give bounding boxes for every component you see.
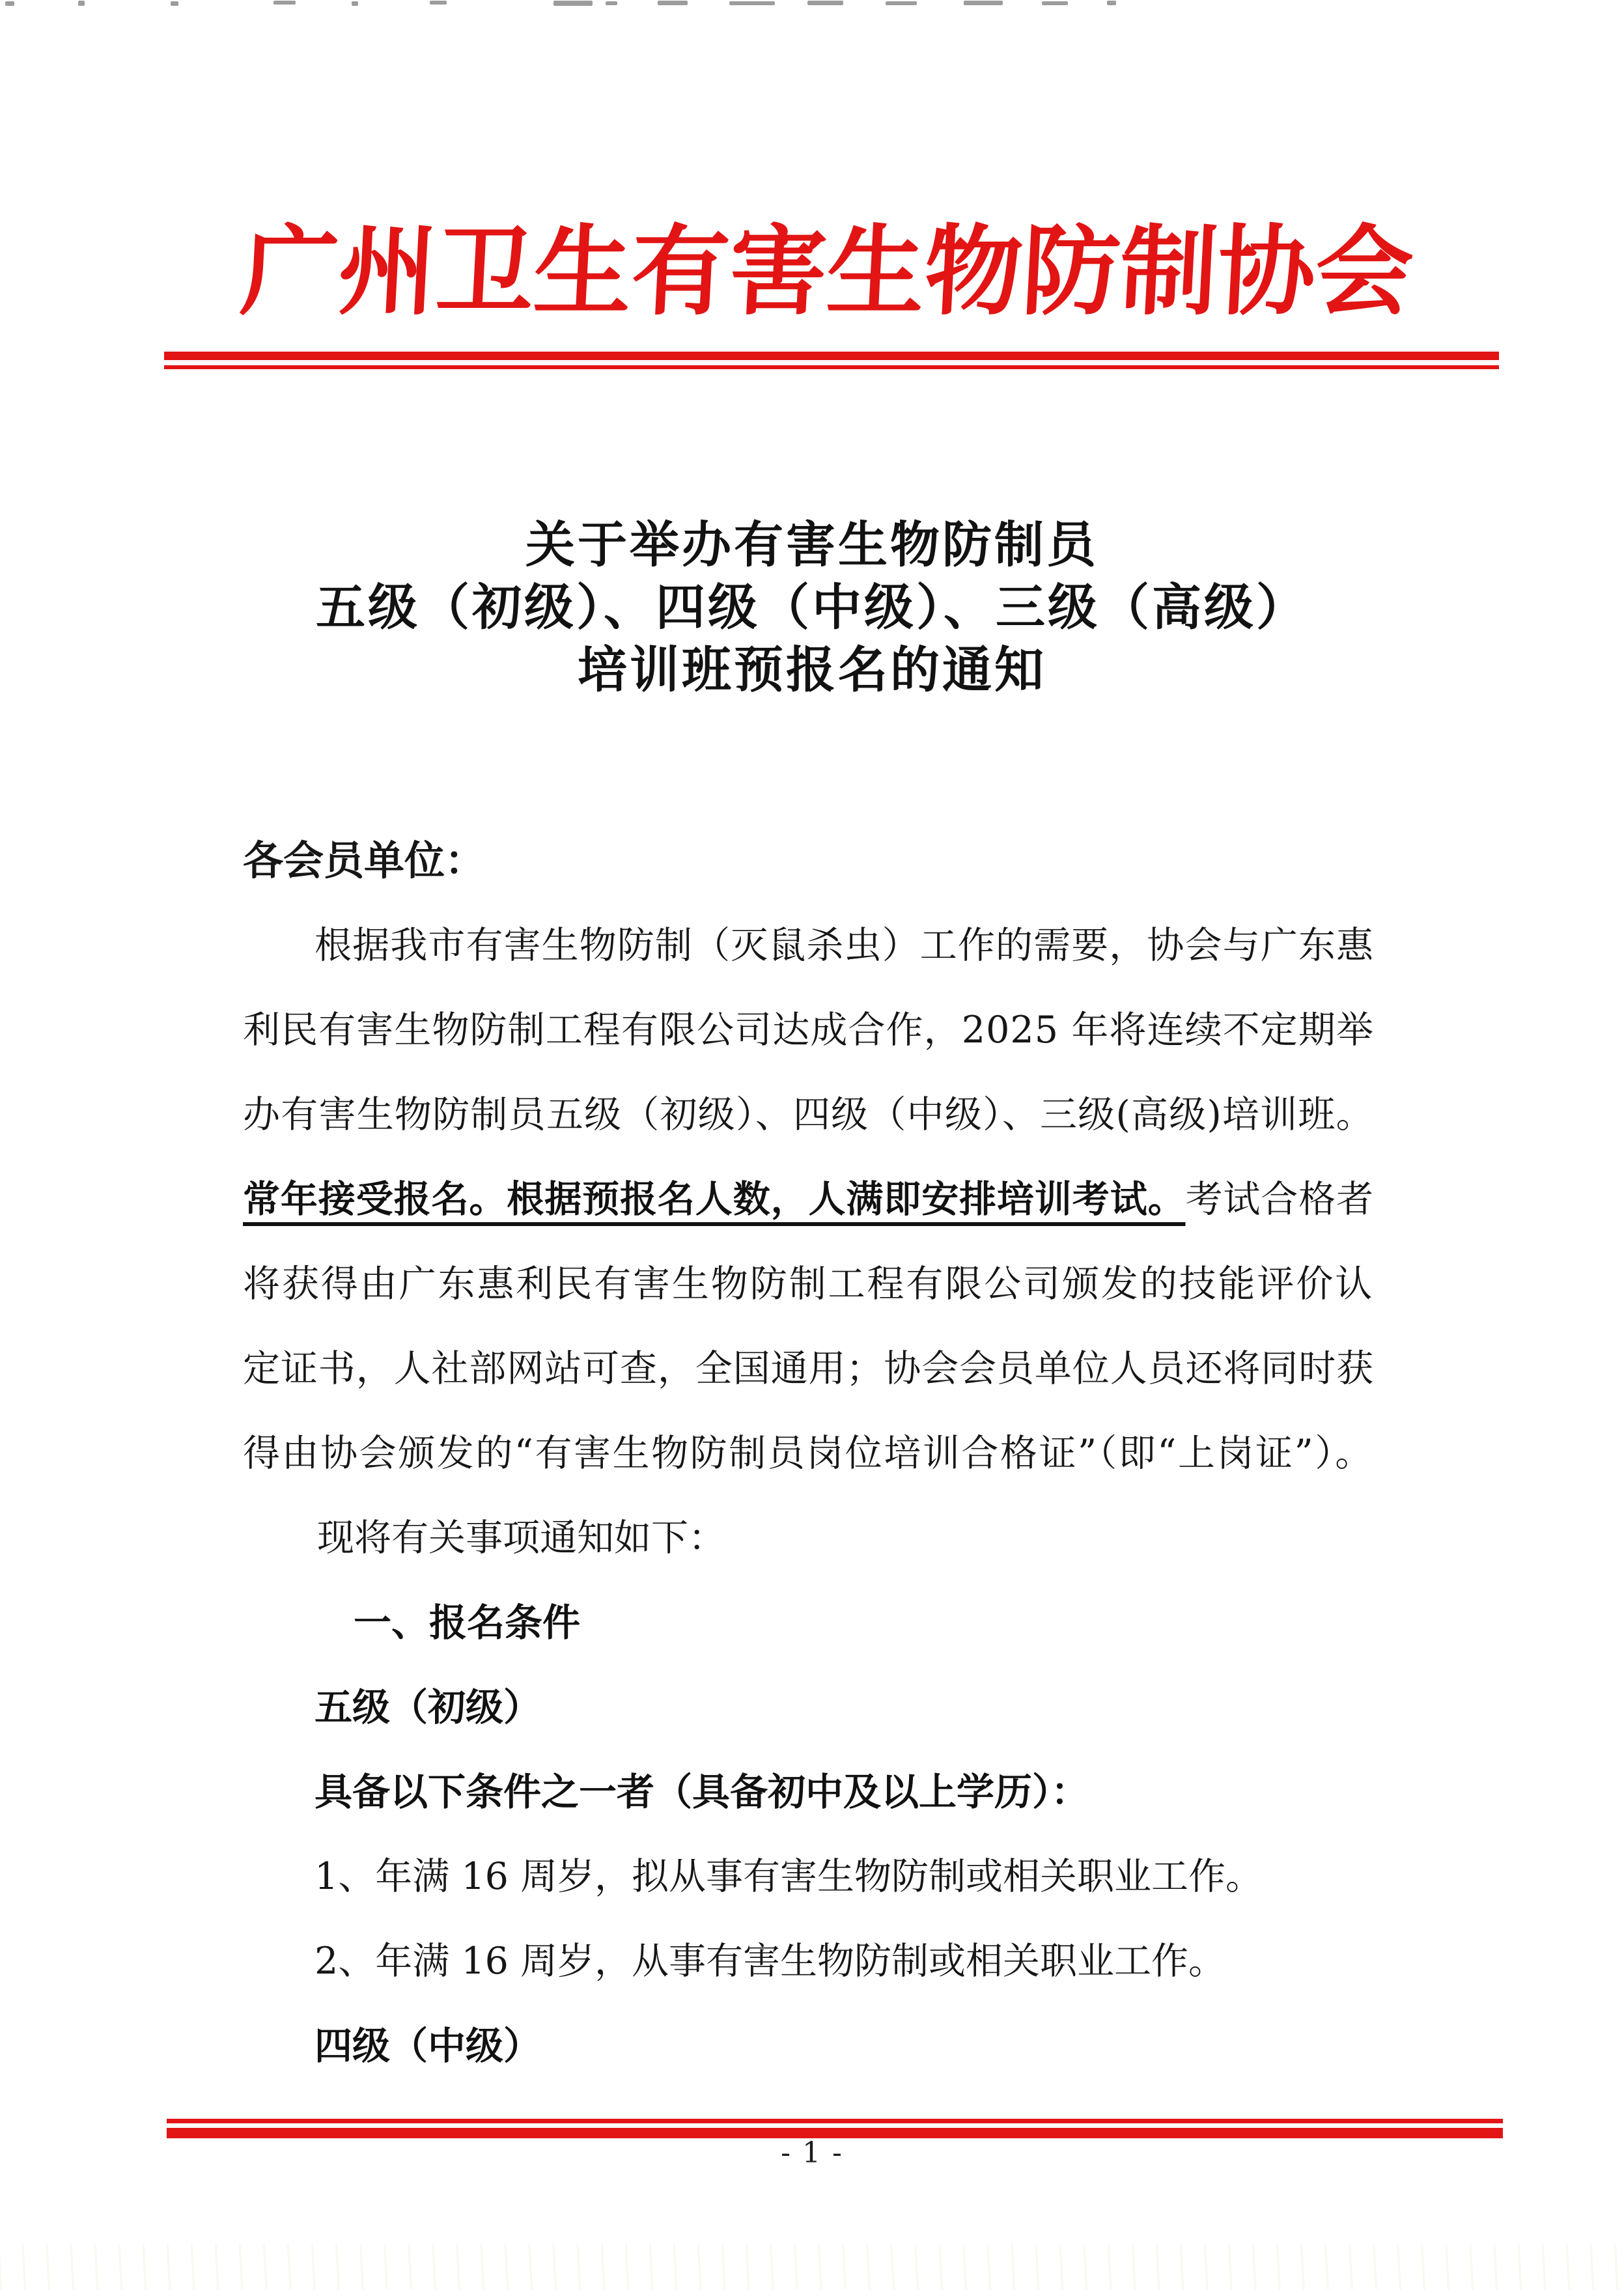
body-line: 1、年满 16 周岁，拟从事有害生物防制或相关职业工作。 — [243, 1834, 1374, 1919]
body-text: 一、报名条件 — [354, 1600, 580, 1645]
document-title: 关于举办有害生物防制员 五级（初级）、四级（中级）、三级（高级） 培训班预报名的… — [0, 514, 1624, 701]
body-text: 四级（中级） — [315, 2024, 541, 2068]
header-rule-thick — [164, 352, 1499, 360]
body-line: 常年接受报名。根据预报名人数，人满即安排培训考试。考试合格者 — [243, 1157, 1374, 1242]
body-text: 考试合格者 — [1186, 1178, 1375, 1221]
body-text: 得由协会颁发的“有害生物防制员岗位培训合格证”（即“上岗证”）。 — [243, 1432, 1374, 1475]
body-text: 利民有害生物防制工程有限公司达成合作，2025 年将连续不定期举 — [243, 1009, 1374, 1052]
scanned-notice-page: 广州卫生有害生物防制协会 关于举办有害生物防制员 五级（初级）、四级（中级）、三… — [0, 0, 1624, 2290]
body-text: 定证书，人社部网站可查，全国通用；协会会员单位人员还将同时获 — [243, 1347, 1374, 1390]
body-line: 一、报名条件 — [243, 1580, 1374, 1665]
body-text: 各会员单位： — [243, 837, 485, 884]
letterhead-org-title: 广州卫生有害生物防制协会 — [238, 215, 1427, 329]
body-line: 五级（初级） — [243, 1665, 1374, 1750]
page-number: - 1 - — [0, 2137, 1624, 2170]
body-line: 将获得由广东惠利民有害生物防制工程有限公司颁发的技能评价认 — [243, 1242, 1374, 1326]
body-text-emphasis: 常年接受报名。根据预报名人数，人满即安排培训考试。 — [243, 1178, 1186, 1221]
header-rule-thin — [164, 365, 1499, 369]
body-text: 具备以下条件之一者（具备初中及以上学历）： — [315, 1770, 1089, 1814]
body-line: 根据我市有害生物防制（灭鼠杀虫）工作的需要，协会与广东惠 — [243, 903, 1374, 988]
body-line: 利民有害生物防制工程有限公司达成合作，2025 年将连续不定期举 — [243, 988, 1374, 1072]
scan-bottom-noise — [0, 2244, 1624, 2290]
title-line-1: 关于举办有害生物防制员 — [0, 514, 1624, 576]
body-text: 将获得由广东惠利民有害生物防制工程有限公司颁发的技能评价认 — [243, 1263, 1374, 1306]
body-text: 现将有关事项通知如下： — [317, 1516, 725, 1559]
body-text: 根据我市有害生物防制（灭鼠杀虫）工作的需要，协会与广东惠 — [315, 924, 1374, 967]
title-line-3: 培训班预报名的通知 — [0, 639, 1624, 701]
footer-rule-thin — [167, 2119, 1503, 2123]
body-line: 2、年满 16 周岁，从事有害生物防制或相关职业工作。 — [243, 1919, 1374, 2004]
body-line: 办有害生物防制员五级（初级）、四级（中级）、三级(高级)培训班。 — [243, 1072, 1374, 1157]
body-line: 得由协会颁发的“有害生物防制员岗位培训合格证”（即“上岗证”）。 — [243, 1411, 1374, 1496]
body-text: 2、年满 16 周岁，从事有害生物防制或相关职业工作。 — [315, 1940, 1225, 1983]
document-body: 各会员单位：根据我市有害生物防制（灭鼠杀虫）工作的需要，协会与广东惠利民有害生物… — [243, 818, 1374, 2088]
body-line: 四级（中级） — [243, 2004, 1374, 2088]
body-text: 1、年满 16 周岁，拟从事有害生物防制或相关职业工作。 — [315, 1855, 1263, 1898]
body-line: 定证书，人社部网站可查，全国通用；协会会员单位人员还将同时获 — [243, 1326, 1374, 1411]
body-line: 现将有关事项通知如下： — [243, 1496, 1374, 1580]
title-line-2: 五级（初级）、四级（中级）、三级（高级） — [0, 576, 1624, 639]
body-text: 五级（初级） — [315, 1685, 541, 1729]
body-line: 具备以下条件之一者（具备初中及以上学历）： — [243, 1750, 1374, 1834]
body-text: 办有害生物防制员五级（初级）、四级（中级）、三级(高级)培训班。 — [243, 1093, 1374, 1136]
body-line: 各会员单位： — [243, 818, 1374, 903]
